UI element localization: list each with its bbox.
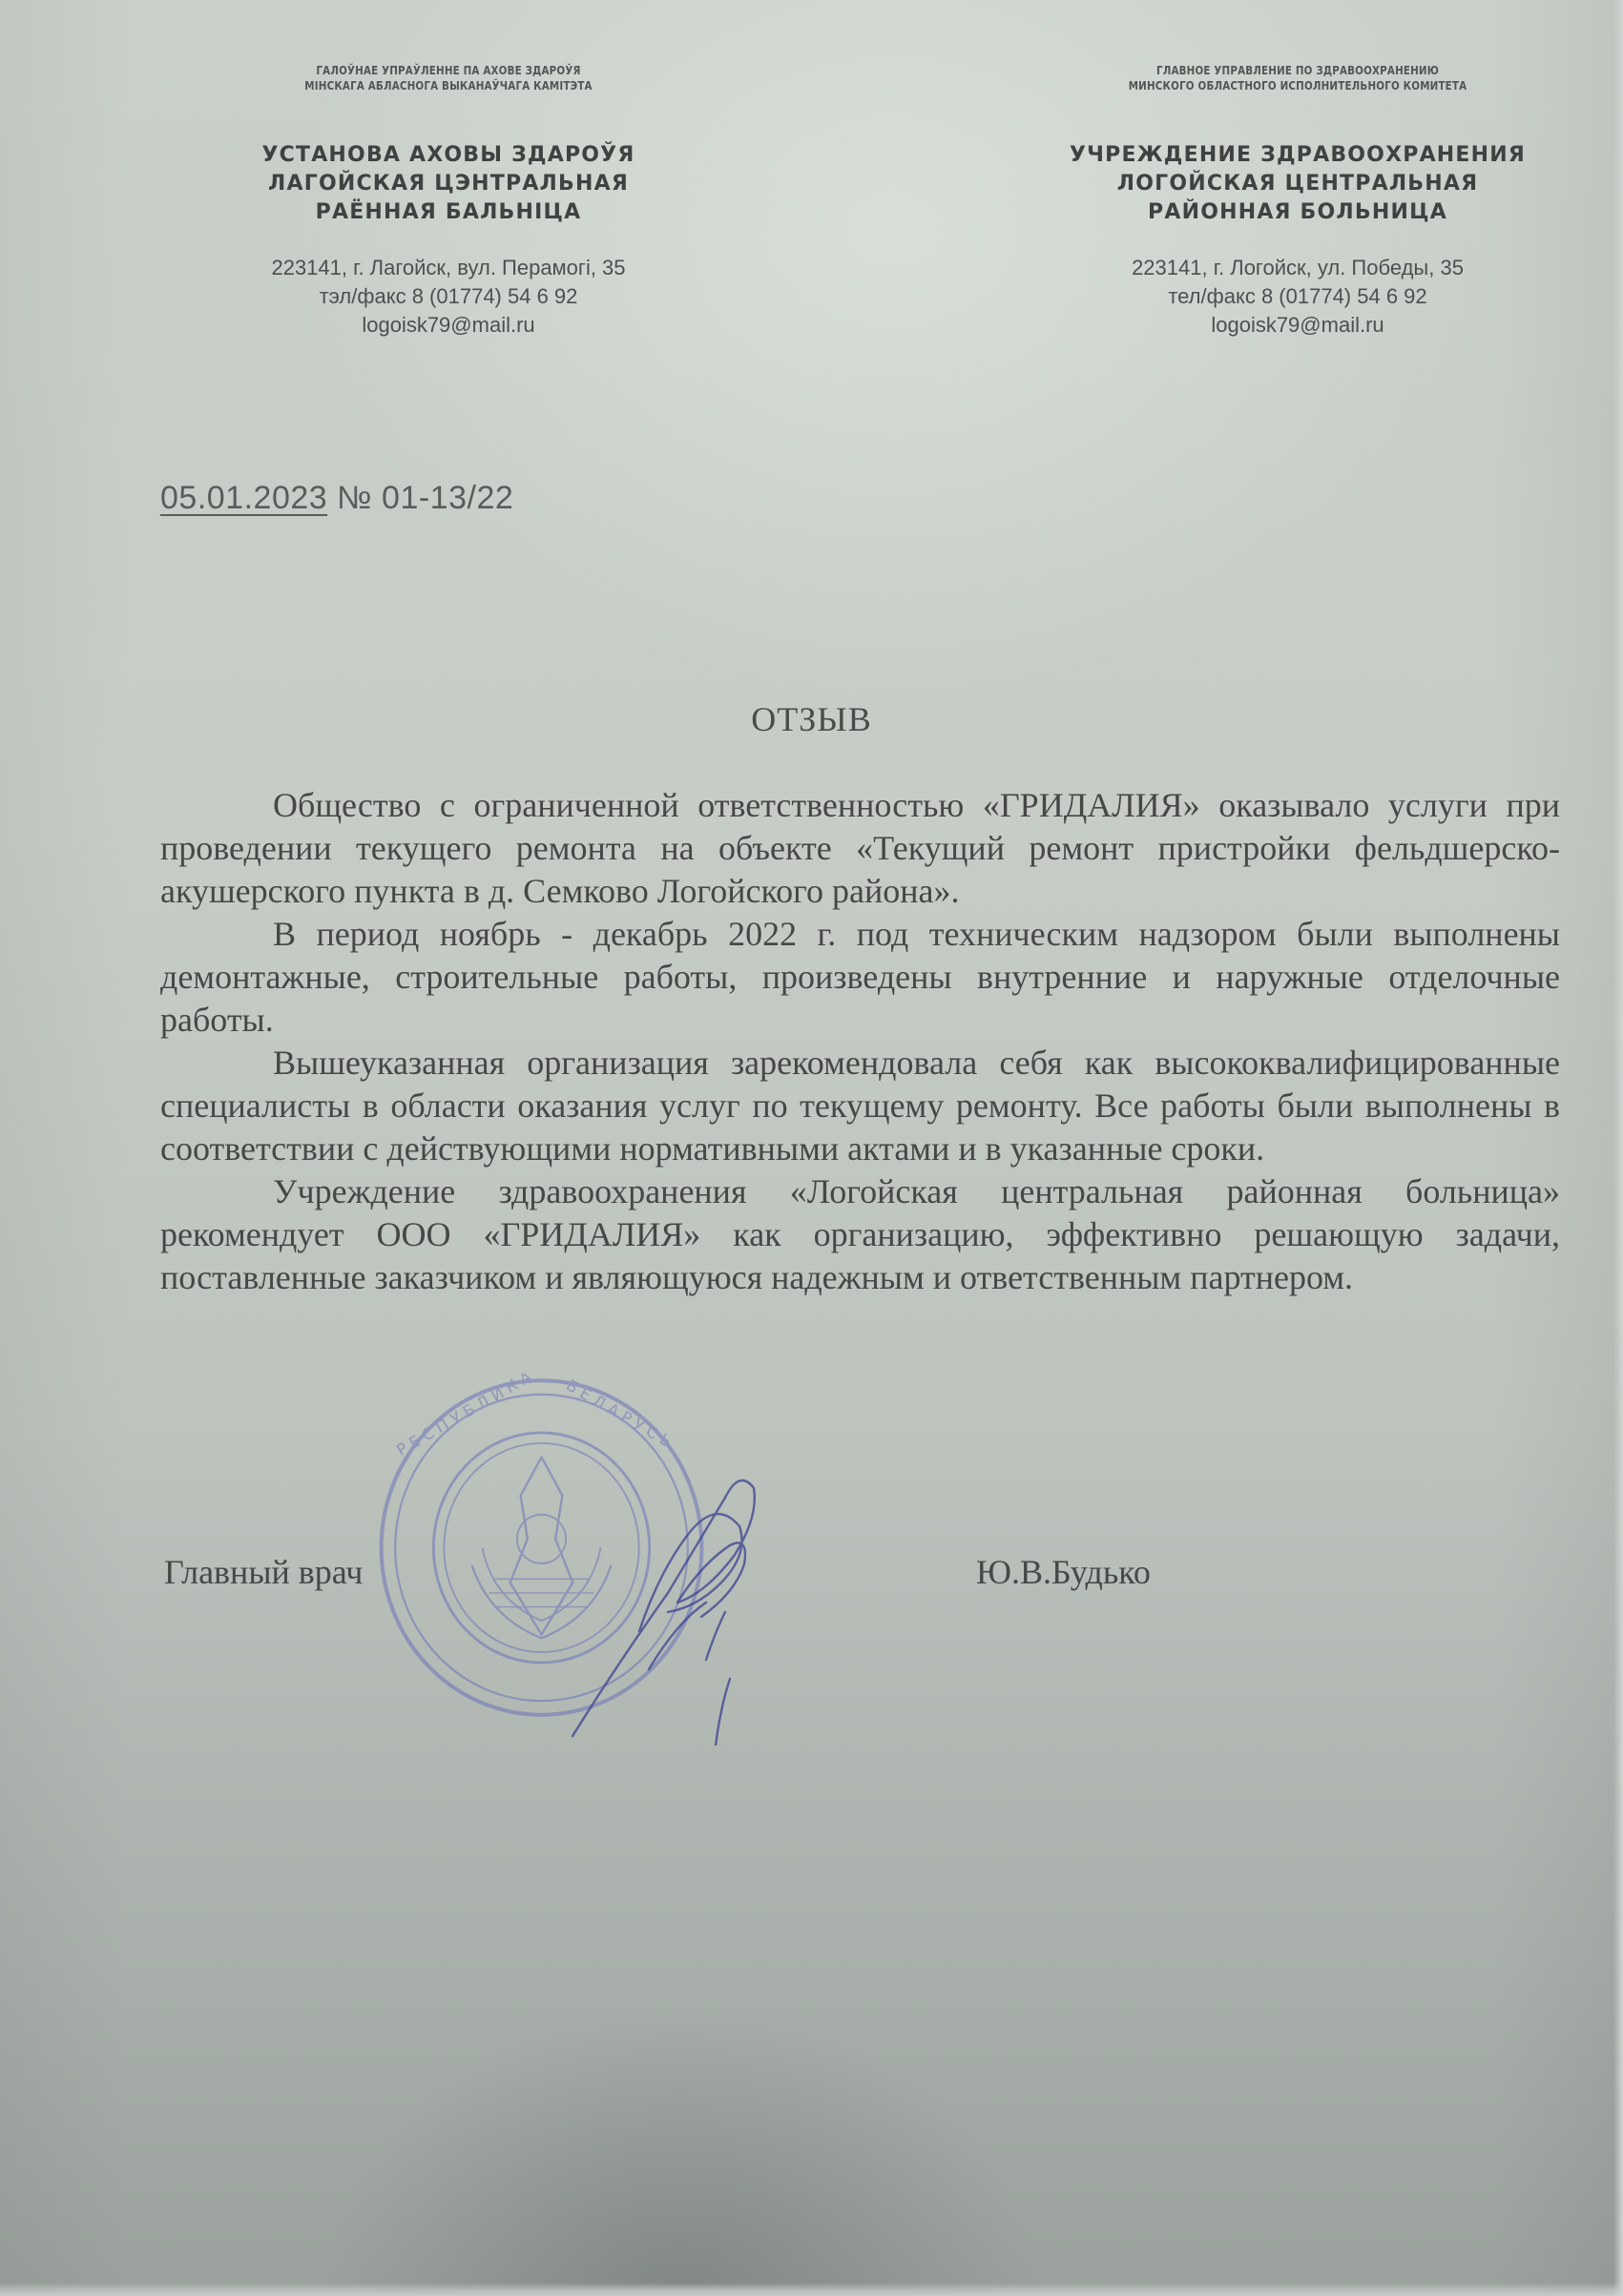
paragraph: Общество с ограниченной ответственностью… — [160, 784, 1560, 913]
contact-block-ru: 223141, г. Логойск, ул. Победы, 35 тел/ф… — [1030, 254, 1565, 340]
registration-date: 05.01.2023 — [160, 480, 327, 516]
organization-name-ru: УЧРЕЖДЕНИЕ ЗДРАВООХРАНЕНИЯ ЛОГОЙСКАЯ ЦЕН… — [1030, 141, 1565, 227]
phone-line: тэл/факс 8 (01774) 54 6 92 — [191, 282, 706, 311]
email-line: logoisk79@mail.ru — [1030, 311, 1565, 340]
paper-right-edge — [1613, 0, 1623, 2296]
paragraph: В период ноябрь - декабрь 2022 г. под те… — [160, 913, 1560, 1042]
registration-number: № 01-13/22 — [327, 480, 513, 516]
ministry-name-ru: ГЛАВНОЕ УПРАВЛЕНИЕ ПО ЗДРАВООХРАНЕНИЮ МИ… — [1068, 63, 1528, 93]
address-line: 223141, г. Лагойск, вул. Перамогі, 35 — [191, 254, 706, 282]
svg-text:Р Е С П У Б Л И К А: Р Е С П У Б Л И К А — [393, 1374, 534, 1459]
phone-line: тел/факс 8 (01774) 54 6 92 — [1030, 282, 1565, 311]
handwritten-signature-icon — [534, 1431, 821, 1746]
email-line: logoisk79@mail.ru — [191, 311, 706, 340]
signatory-position: Главный врач — [164, 1552, 363, 1592]
paper-bottom-edge — [0, 2283, 1623, 2296]
letterhead-belarusian: ГАЛОЎНАЕ УПРАЎЛЕННЕ ПА АХОВЕ ЗДАРОЎЯ МІН… — [191, 63, 706, 340]
paragraph: Учреждение здравоохранения «Логойская це… — [160, 1170, 1560, 1299]
document-body: Общество с ограниченной ответственностью… — [160, 784, 1560, 1299]
registration-line: 05.01.2023 № 01-13/22 — [160, 480, 513, 517]
signatory-name: Ю.В.Будько — [976, 1552, 1151, 1592]
ministry-name-be: ГАЛОЎНАЕ УПРАЎЛЕННЕ ПА АХОВЕ ЗДАРОЎЯ МІН… — [227, 63, 670, 93]
letterhead-russian: ГЛАВНОЕ УПРАВЛЕНИЕ ПО ЗДРАВООХРАНЕНИЮ МИ… — [1030, 63, 1565, 340]
document-title: ОТЗЫВ — [0, 699, 1623, 739]
paragraph: Вышеуказанная организация зарекомендовал… — [160, 1042, 1560, 1170]
organization-name-be: УСТАНОВА АХОВЫ ЗДАРОЎЯ ЛАГОЙСКАЯ ЦЭНТРАЛ… — [191, 141, 706, 227]
contact-block-be: 223141, г. Лагойск, вул. Перамогі, 35 тэ… — [191, 254, 706, 340]
address-line: 223141, г. Логойск, ул. Победы, 35 — [1030, 254, 1565, 282]
